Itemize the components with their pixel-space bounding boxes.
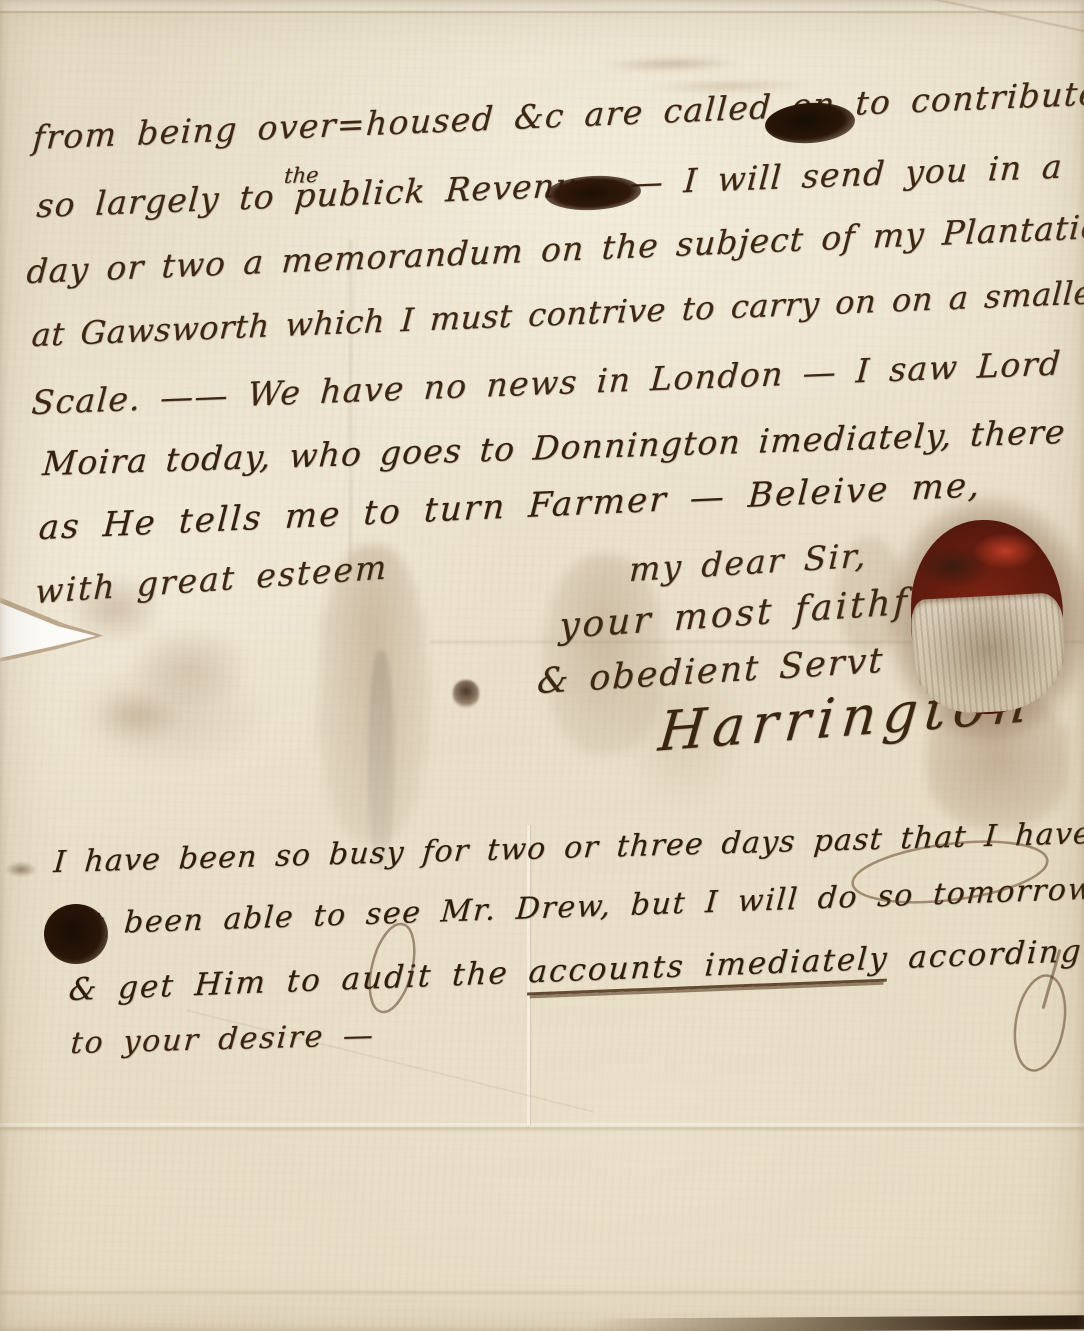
ink-blot-postscript-start <box>44 904 108 964</box>
letter-scan-page: from being over=housed &c are called on … <box>0 0 1084 1331</box>
ink-smudge-left-margin <box>6 862 36 877</box>
flourish-descender-loop-busy <box>352 918 432 1018</box>
wax-seal-remnant <box>903 512 1075 726</box>
stain-faint-lower-left <box>70 660 270 770</box>
flourish-loop-postscript <box>845 832 1055 912</box>
top-fold-crease <box>0 11 1084 13</box>
scan-shadow-bottom-edge <box>590 1315 1084 1331</box>
ink-speck <box>453 680 479 708</box>
lower-fold-crease <box>0 1127 1084 1130</box>
bottom-fold-crease <box>0 1291 1084 1294</box>
top-fold-highlight <box>0 0 1084 11</box>
flourish-descender-loop-according <box>995 968 1084 1078</box>
